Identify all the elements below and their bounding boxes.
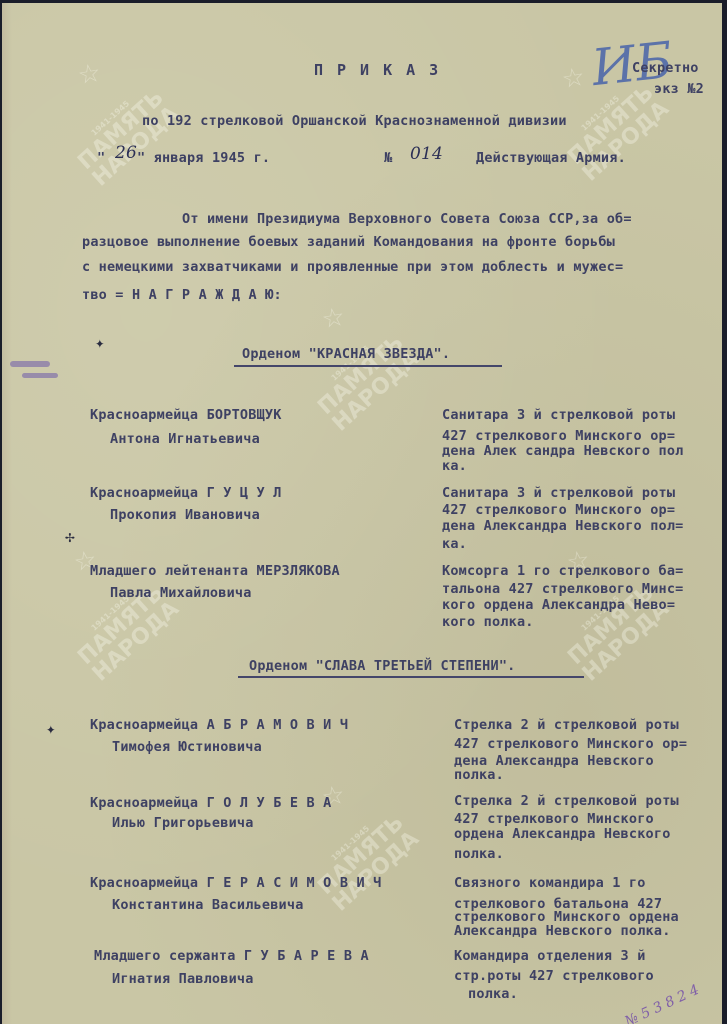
document-title: ПРИКАЗ [314, 61, 452, 79]
purple-ink-smudge [22, 373, 58, 378]
copy-label: экз №2 [654, 81, 704, 97]
section-heading: Орденом "КРАСНАЯ ЗВЕЗДА". [242, 346, 450, 362]
awardee-position-line: 427 стрелкового Минского ор= [442, 502, 675, 518]
awardee-position-line: ка. [442, 458, 467, 474]
date-open-quote: " [97, 150, 105, 166]
ink-blot: ✢ [65, 527, 75, 546]
awardee-position-line: Стрелка 2 й стрелковой роты [454, 717, 679, 733]
awardee-position-line: Комсорга 1 го стрелкового ба= [442, 563, 684, 579]
awardee-position-line: 427 стрелкового Минского [454, 811, 654, 827]
preamble-line: с немецкими захватчиками и проявленные п… [82, 259, 623, 275]
awardee-rank: Младшего лейтенанта МЕРЗЛЯКОВА [90, 563, 340, 579]
watermark: 1941-1945ПАМЯТЬНАРОДА [308, 324, 424, 436]
preamble-line: разцовое выполнение боевых заданий Коман… [82, 234, 615, 250]
awardee-position-line: Санитара 3 й стрелковой роты [442, 485, 675, 501]
awardee-position-line: Связного командира 1 го [454, 875, 646, 891]
watermark: 1941-1945ПАМЯТЬНАРОДА [308, 804, 424, 916]
scanned-document-page: ☆ 1941-1945ПАМЯТЬНАРОДА ☆ 1941-1945ПАМЯТ… [2, 3, 722, 1024]
awardee-position-line: кого полка. [442, 614, 534, 630]
awardee-position-line: дена Александра Невского пол= [442, 518, 684, 534]
awardee-position-line: Командира отделения 3 й [454, 948, 646, 964]
watermark-star-icon: ☆ [559, 53, 587, 97]
preamble-line: тво = Н А Г Р А Ж Д А Ю: [82, 287, 282, 303]
awardee-position-line: Александра Невского полка. [454, 923, 671, 939]
heading-underline [238, 676, 584, 678]
date-day: 26 [115, 143, 137, 163]
watermark: 1941-1945ПАМЯТЬНАРОДА [68, 79, 184, 191]
watermark-star-icon: ☆ [75, 49, 103, 93]
document-subtitle: по 192 стрелковой Оршанской Краснознамен… [142, 113, 567, 129]
location: Действующая Армия. [476, 150, 626, 166]
awardee-position-line: тальона 427 стрелкового Минс= [442, 581, 684, 597]
awardee-rank: Младшего сержанта Г У Б А Р Е В А [94, 948, 369, 964]
archive-stamp: № 5 3 8 2 4 [622, 982, 701, 1024]
awardee-name: Константина Васильевича [112, 897, 304, 913]
secret-label: Секретно [632, 60, 699, 76]
awardee-name: Антона Игнатьевича [110, 431, 260, 447]
awardee-name: Прокопия Ивановича [110, 507, 260, 523]
awardee-name: Павла Михайловича [110, 585, 252, 601]
awardee-position-line: кого ордена Александра Нево= [442, 597, 675, 613]
awardee-position-line: стр.роты 427 стрелкового [454, 968, 654, 984]
awardee-position-line: Стрелка 2 й стрелковой роты [454, 793, 679, 809]
awardee-rank: Красноармейца БОРТОВЩУК [90, 407, 282, 423]
awardee-position-line: полка. [454, 846, 504, 862]
awardee-name: Илью Григорьевича [112, 815, 254, 831]
awardee-name: Игнатия Павловича [112, 971, 254, 987]
awardee-position-line: полка. [468, 986, 518, 1002]
date-rest: " января 1945 г. [137, 150, 270, 166]
order-number-prefix: № [384, 150, 392, 166]
preamble-line: От имени Президиума Верховного Совета Со… [182, 211, 632, 227]
watermark-star-icon: ☆ [319, 293, 347, 337]
awardee-position-line: ка. [442, 536, 467, 552]
awardee-rank: Красноармейца Г У Ц У Л [90, 485, 282, 501]
ink-blot: ✦ [95, 333, 105, 352]
awardee-name: Тимофея Юстиновича [112, 739, 262, 755]
awardee-position-line: 427 стрелкового Минского ор= [454, 736, 687, 752]
awardee-rank: Красноармейца А Б Р А М О В И Ч [90, 717, 348, 733]
awardee-rank: Красноармейца Г Е Р А С И М О В И Ч [90, 875, 381, 891]
awardee-position-line: 427 стрелкового Минского ор= [442, 428, 675, 444]
ink-blot: ✦ [46, 719, 56, 738]
order-number: 014 [410, 144, 443, 164]
awardee-position-line: ордена Александра Невского [454, 826, 671, 842]
awardee-position-line: дена Алек сандра Невского пол [442, 443, 684, 459]
heading-underline [234, 365, 502, 367]
awardee-position-line: Санитара 3 й стрелковой роты [442, 407, 675, 423]
purple-ink-smudge [10, 361, 50, 367]
awardee-rank: Красноармейца Г О Л У Б Е В А [90, 795, 332, 811]
section-heading: Орденом "СЛАВА ТРЕТЬЕЙ СТЕПЕНИ". [249, 658, 516, 674]
awardee-position-line: полка. [454, 767, 504, 783]
